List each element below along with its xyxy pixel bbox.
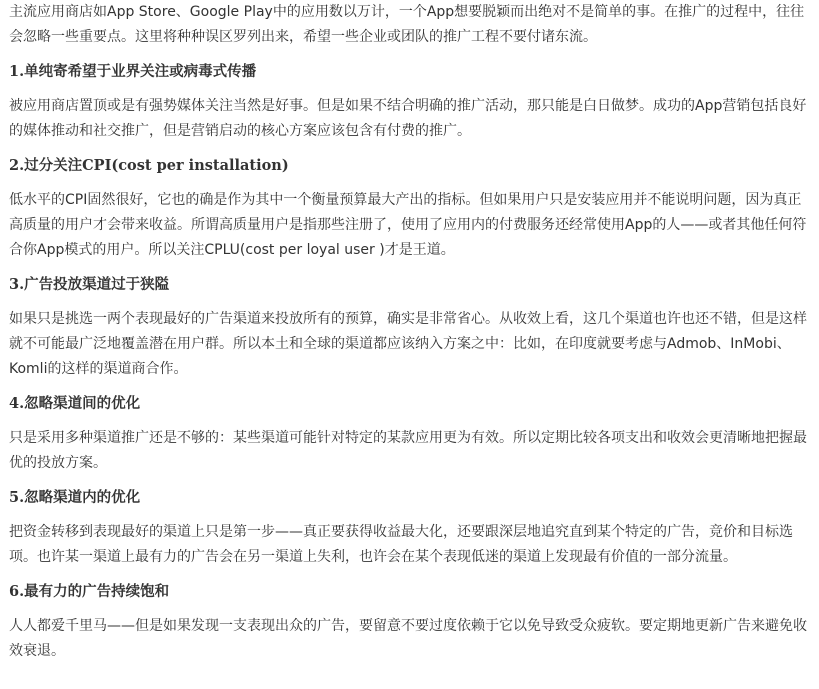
section-heading-4: 4.忽略渠道间的优化	[9, 393, 809, 415]
section-body-5: 把资金转移到表现最好的渠道上只是第一步——真正要获得收益最大化，还要跟深层地追究…	[9, 520, 809, 570]
article-body: 主流应用商店如App Store、Google Play中的应用数以万计，一个A…	[0, 0, 809, 664]
section-body-3: 如果只是挑选一两个表现最好的广告渠道来投放所有的预算，确实是非常省心。从收效上看…	[9, 307, 809, 382]
section-body-2: 低水平的CPI固然很好，它也的确是作为其中一个衡量预算最大产出的指标。但如果用户…	[9, 188, 809, 263]
section-heading-3: 3.广告投放渠道过于狭隘	[9, 274, 809, 296]
section-body-6: 人人都爱千里马——但是如果发现一支表现出众的广告，要留意不要过度依赖于它以免导致…	[9, 614, 809, 664]
section-heading-5: 5.忽略渠道内的优化	[9, 487, 809, 509]
section-body-4: 只是采用多种渠道推广还是不够的：某些渠道可能针对特定的某款应用更为有效。所以定期…	[9, 426, 809, 476]
intro-paragraph: 主流应用商店如App Store、Google Play中的应用数以万计，一个A…	[9, 0, 809, 50]
section-heading-1: 1.单纯寄希望于业界关注或病毒式传播	[9, 61, 809, 83]
section-body-1: 被应用商店置顶或是有强势媒体关注当然是好事。但是如果不结合明确的推广活动，那只能…	[9, 94, 809, 144]
section-heading-6: 6.最有力的广告持续饱和	[9, 581, 809, 603]
section-heading-2: 2.过分关注CPI(cost per installation)	[9, 155, 809, 177]
